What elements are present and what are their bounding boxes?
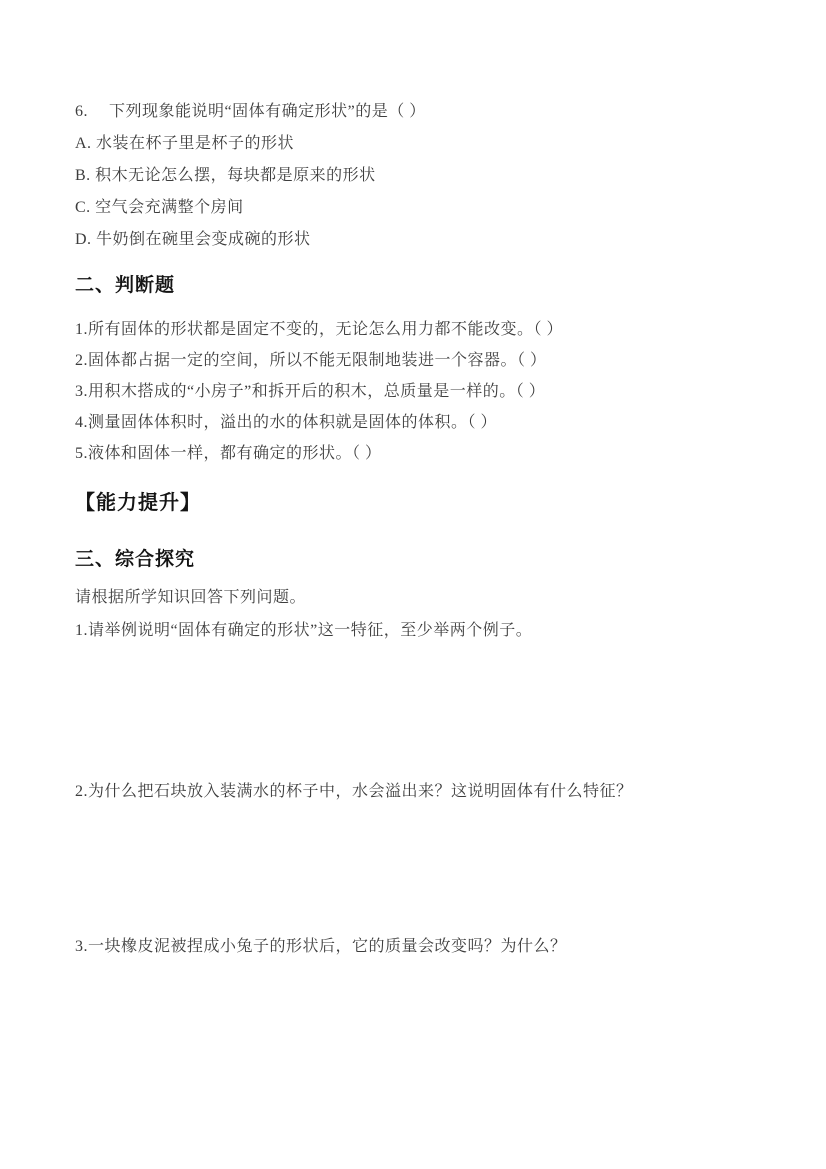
inquiry-question-2: 2.为什么把石块放入装满水的杯子中，水会溢出来？这说明固体有什么特征？ bbox=[75, 775, 756, 808]
choice-question-section: 6.下列现象能说明“固体有确定形状”的是（ ） A. 水装在杯子里是杯子的形状 … bbox=[75, 96, 756, 256]
judgment-section-heading: 二、判断题 bbox=[75, 273, 756, 299]
option-c: C. 空气会充满整个房间 bbox=[75, 192, 756, 224]
worksheet-page: 6.下列现象能说明“固体有确定形状”的是（ ） A. 水装在杯子里是杯子的形状 … bbox=[0, 0, 826, 1169]
judgment-item: 1.所有固体的形状都是固定不变的，无论怎么用力都不能改变。（ ） bbox=[75, 314, 756, 345]
inquiry-question-1: 1.请举例说明“固体有确定的形状”这一特征，至少举两个例子。 bbox=[75, 614, 756, 647]
option-a: A. 水装在杯子里是杯子的形状 bbox=[75, 128, 756, 160]
inquiry-section-heading: 三、综合探究 bbox=[75, 547, 756, 573]
judgment-item: 2.固体都占据一定的空间，所以不能无限制地装进一个容器。（ ） bbox=[75, 345, 756, 376]
answer-space bbox=[75, 647, 756, 775]
judgment-item: 4.测量固体体积时，溢出的水的体积就是固体的体积。（ ） bbox=[75, 407, 756, 438]
judgment-item: 5.液体和固体一样，都有确定的形状。（ ） bbox=[75, 438, 756, 469]
inquiry-section: 请根据所学知识回答下列问题。 1.请举例说明“固体有确定的形状”这一特征，至少举… bbox=[75, 581, 756, 963]
judgment-item: 3.用积木搭成的“小房子”和拆开后的积木，总质量是一样的。（ ） bbox=[75, 376, 756, 407]
ability-banner-heading: 【能力提升】 bbox=[75, 490, 756, 516]
option-d: D. 牛奶倒在碗里会变成碗的形状 bbox=[75, 224, 756, 256]
judgment-section: 1.所有固体的形状都是固定不变的，无论怎么用力都不能改变。（ ） 2.固体都占据… bbox=[75, 314, 756, 469]
inquiry-intro: 请根据所学知识回答下列问题。 bbox=[75, 581, 756, 614]
choice-question-line: 6.下列现象能说明“固体有确定形状”的是（ ） bbox=[75, 96, 756, 128]
question-number: 6. bbox=[75, 96, 109, 128]
option-b: B. 积木无论怎么摆，每块都是原来的形状 bbox=[75, 160, 756, 192]
answer-space bbox=[75, 808, 756, 930]
inquiry-question-3: 3.一块橡皮泥被捏成小兔子的形状后，它的质量会改变吗？为什么？ bbox=[75, 930, 756, 963]
question-text: 下列现象能说明“固体有确定形状”的是（ ） bbox=[109, 103, 426, 120]
